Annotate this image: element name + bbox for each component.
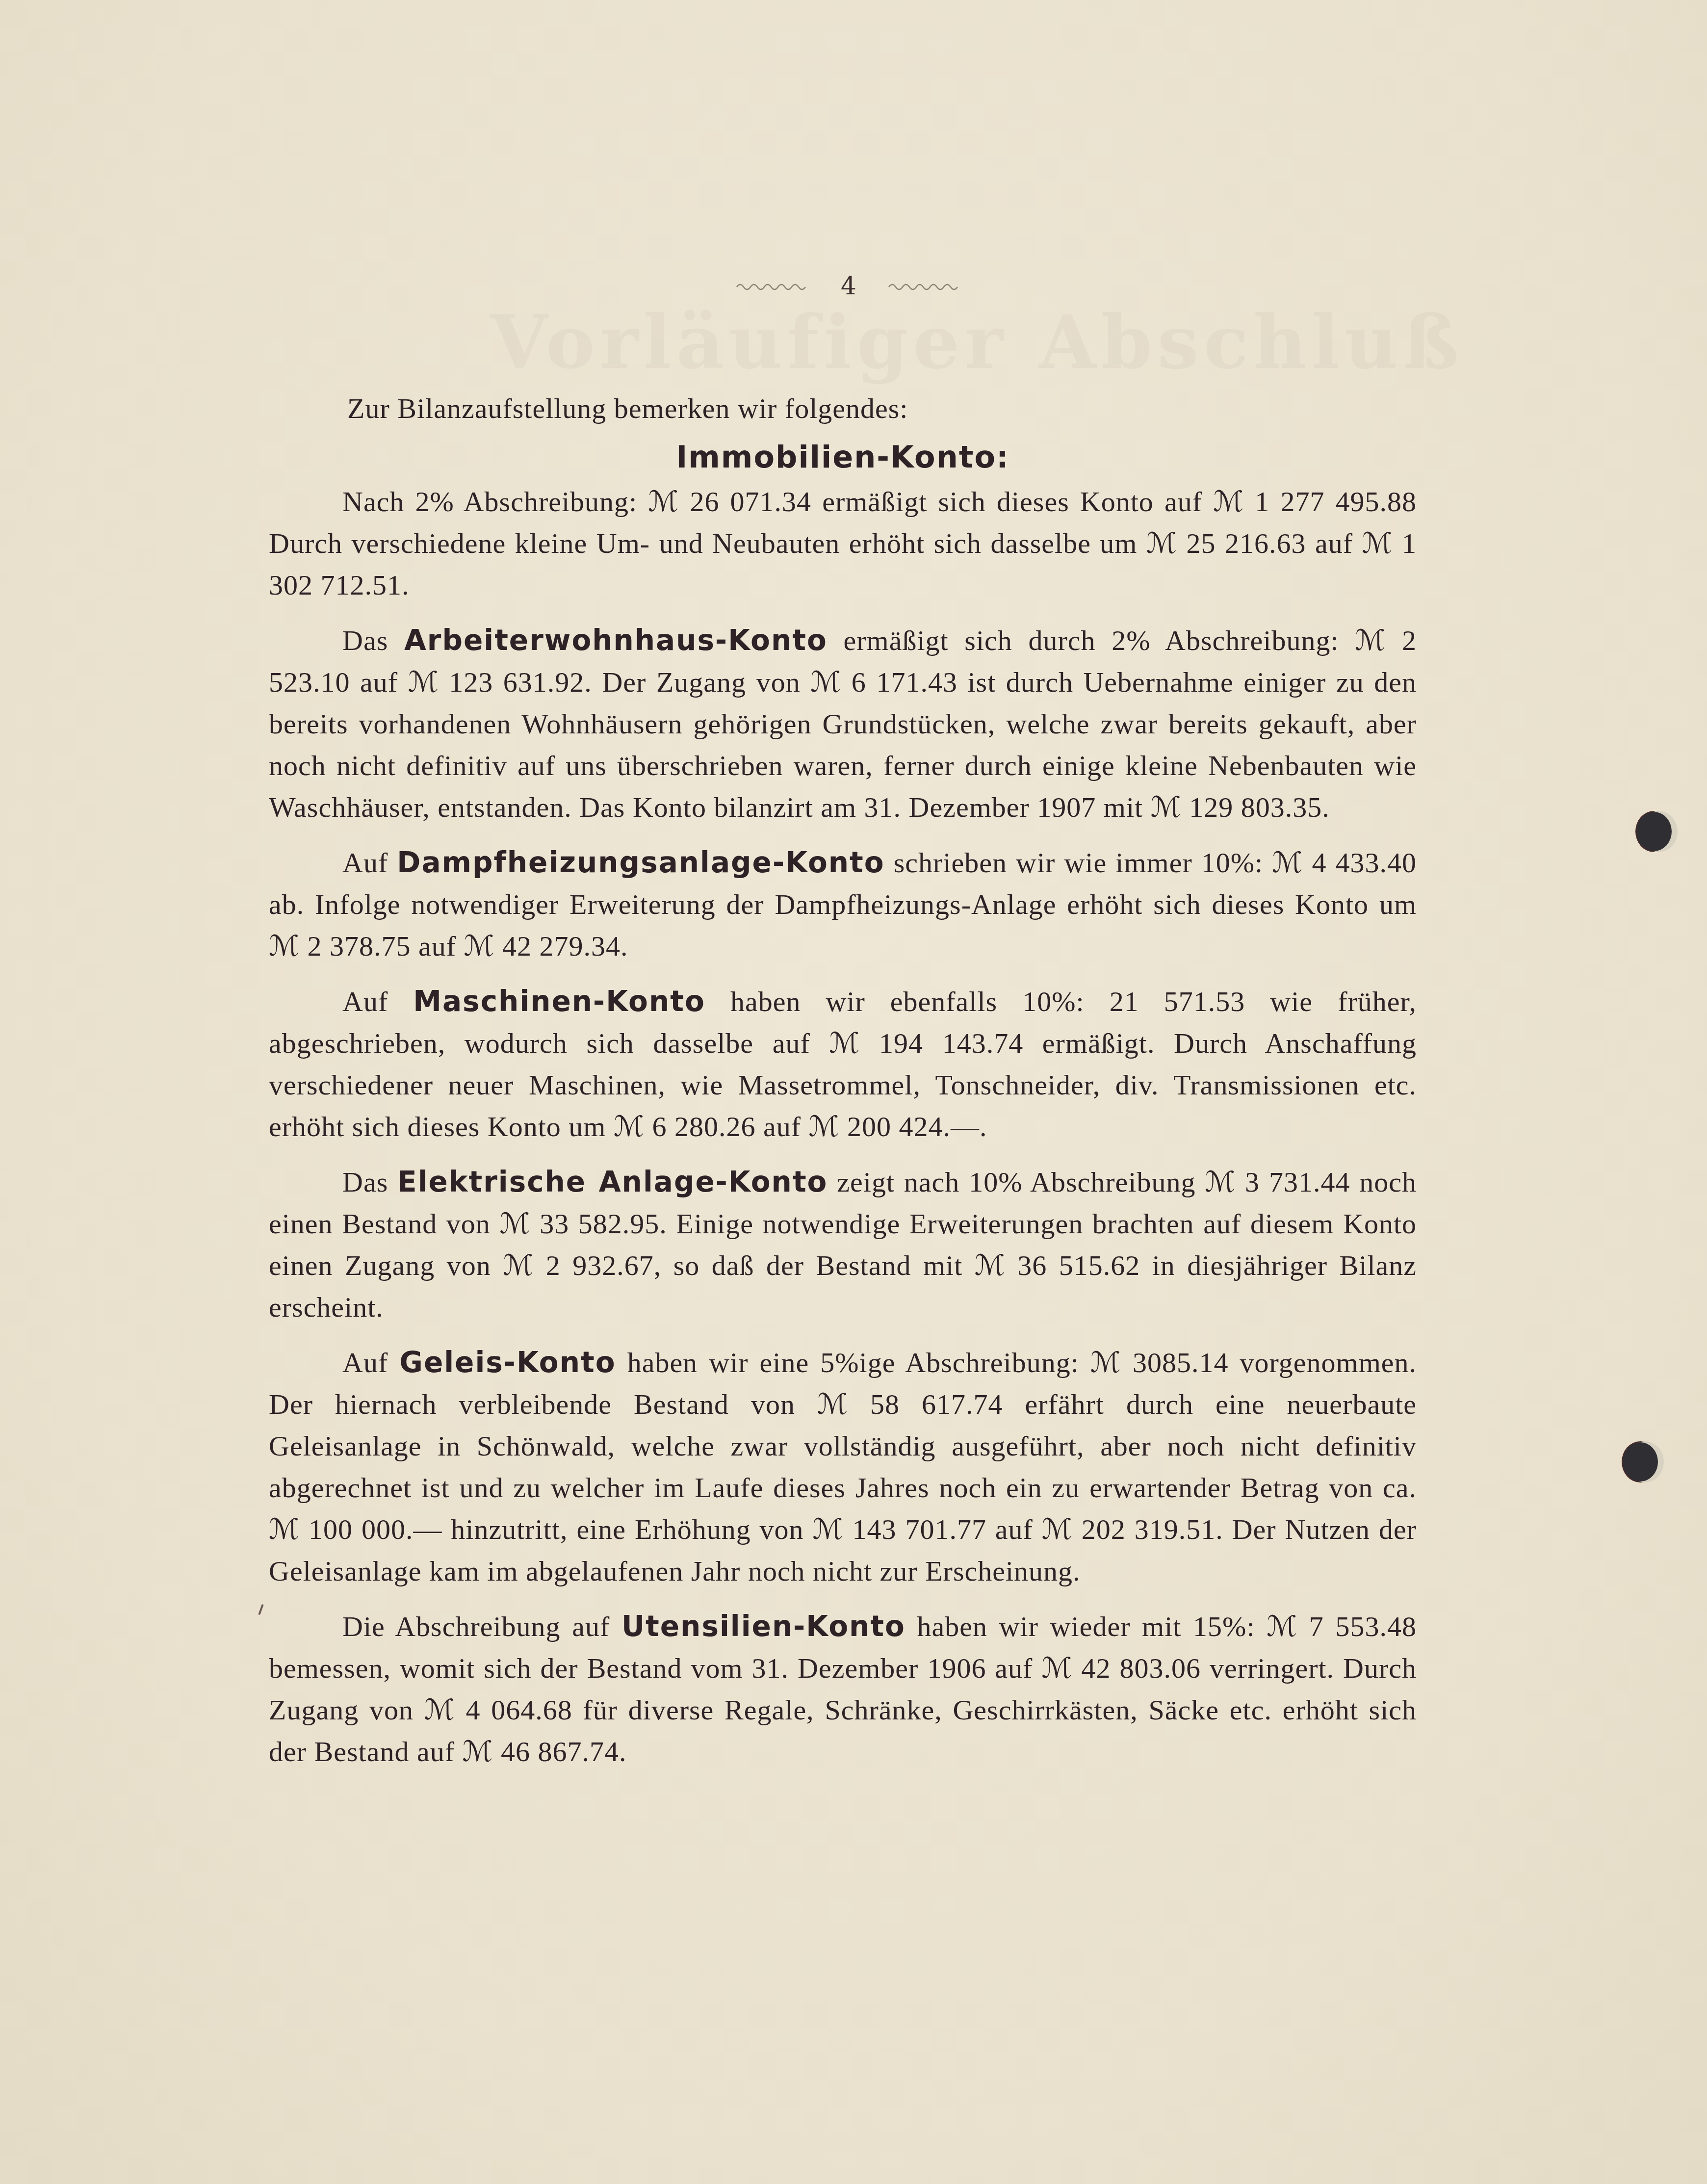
section-heading: Immobilien-Konto: (269, 436, 1417, 478)
paragraph-lead: Auf (342, 986, 413, 1017)
paragraph-lead: Das (342, 624, 404, 656)
paragraph-text: haben wir eine 5%ige Abschreibung: ℳ 308… (269, 1347, 1417, 1587)
ink-mark (258, 1604, 263, 1615)
paragraph-dampfheizung: Auf Dampfheizungsanlage-Konto schrieben … (269, 842, 1417, 967)
punch-hole-lower (1623, 1442, 1658, 1482)
paragraph-immobilien: Nach 2% Abschreibung: ℳ 26 071.34 ermäßi… (269, 481, 1417, 606)
squiggle-ornament-left-icon (736, 281, 809, 291)
account-keyword: Utensilien-Konto (621, 1610, 905, 1643)
paragraph-utensilien: Die Abschreibung auf Utensilien-Konto ha… (269, 1606, 1417, 1772)
account-keyword: Geleis-Konto (399, 1346, 616, 1379)
account-keyword: Arbeiterwohnhaus-Konto (404, 624, 828, 657)
paragraph-lead: Auf (342, 1347, 399, 1378)
paragraph-arbeiterwohnhaus: Das Arbeiterwohnhaus-Konto ermäßigt sich… (269, 620, 1417, 828)
account-keyword: Maschinen-Konto (413, 985, 705, 1018)
paragraph-elektrische-anlage: Das Elektrische Anlage-Konto zeigt nach … (269, 1161, 1417, 1328)
account-keyword: Elektrische Anlage-Konto (397, 1165, 828, 1198)
document-page: Vorläufiger Abschluß 4 Zur Bilanzaufstel… (0, 0, 1707, 2184)
body-text: Zur Bilanzaufstellung bemerken wir folge… (269, 388, 1417, 1786)
paragraph-lead: Das (342, 1166, 397, 1198)
paragraph-lead: Auf (342, 847, 397, 879)
paragraph-maschinen: Auf Maschinen-Konto haben wir ebenfalls … (269, 981, 1417, 1147)
account-keyword: Dampfheizungsanlage-Konto (397, 846, 884, 879)
intro-line: Zur Bilanzaufstellung bemerken wir folge… (269, 388, 1417, 429)
squiggle-ornament-right-icon (888, 281, 961, 291)
paragraph-text: Nach 2% Abschreibung: ℳ 26 071.34 ermäßi… (269, 486, 1417, 601)
page-header: 4 (736, 269, 961, 303)
paragraph-lead: Die Abschreibung auf (342, 1611, 621, 1642)
paragraph-geleis: Auf Geleis-Konto haben wir eine 5%ige Ab… (269, 1342, 1417, 1592)
page-number: 4 (841, 272, 856, 300)
punch-hole-upper (1636, 812, 1672, 851)
show-through-text: Vorläufiger Abschluß (491, 299, 1275, 386)
